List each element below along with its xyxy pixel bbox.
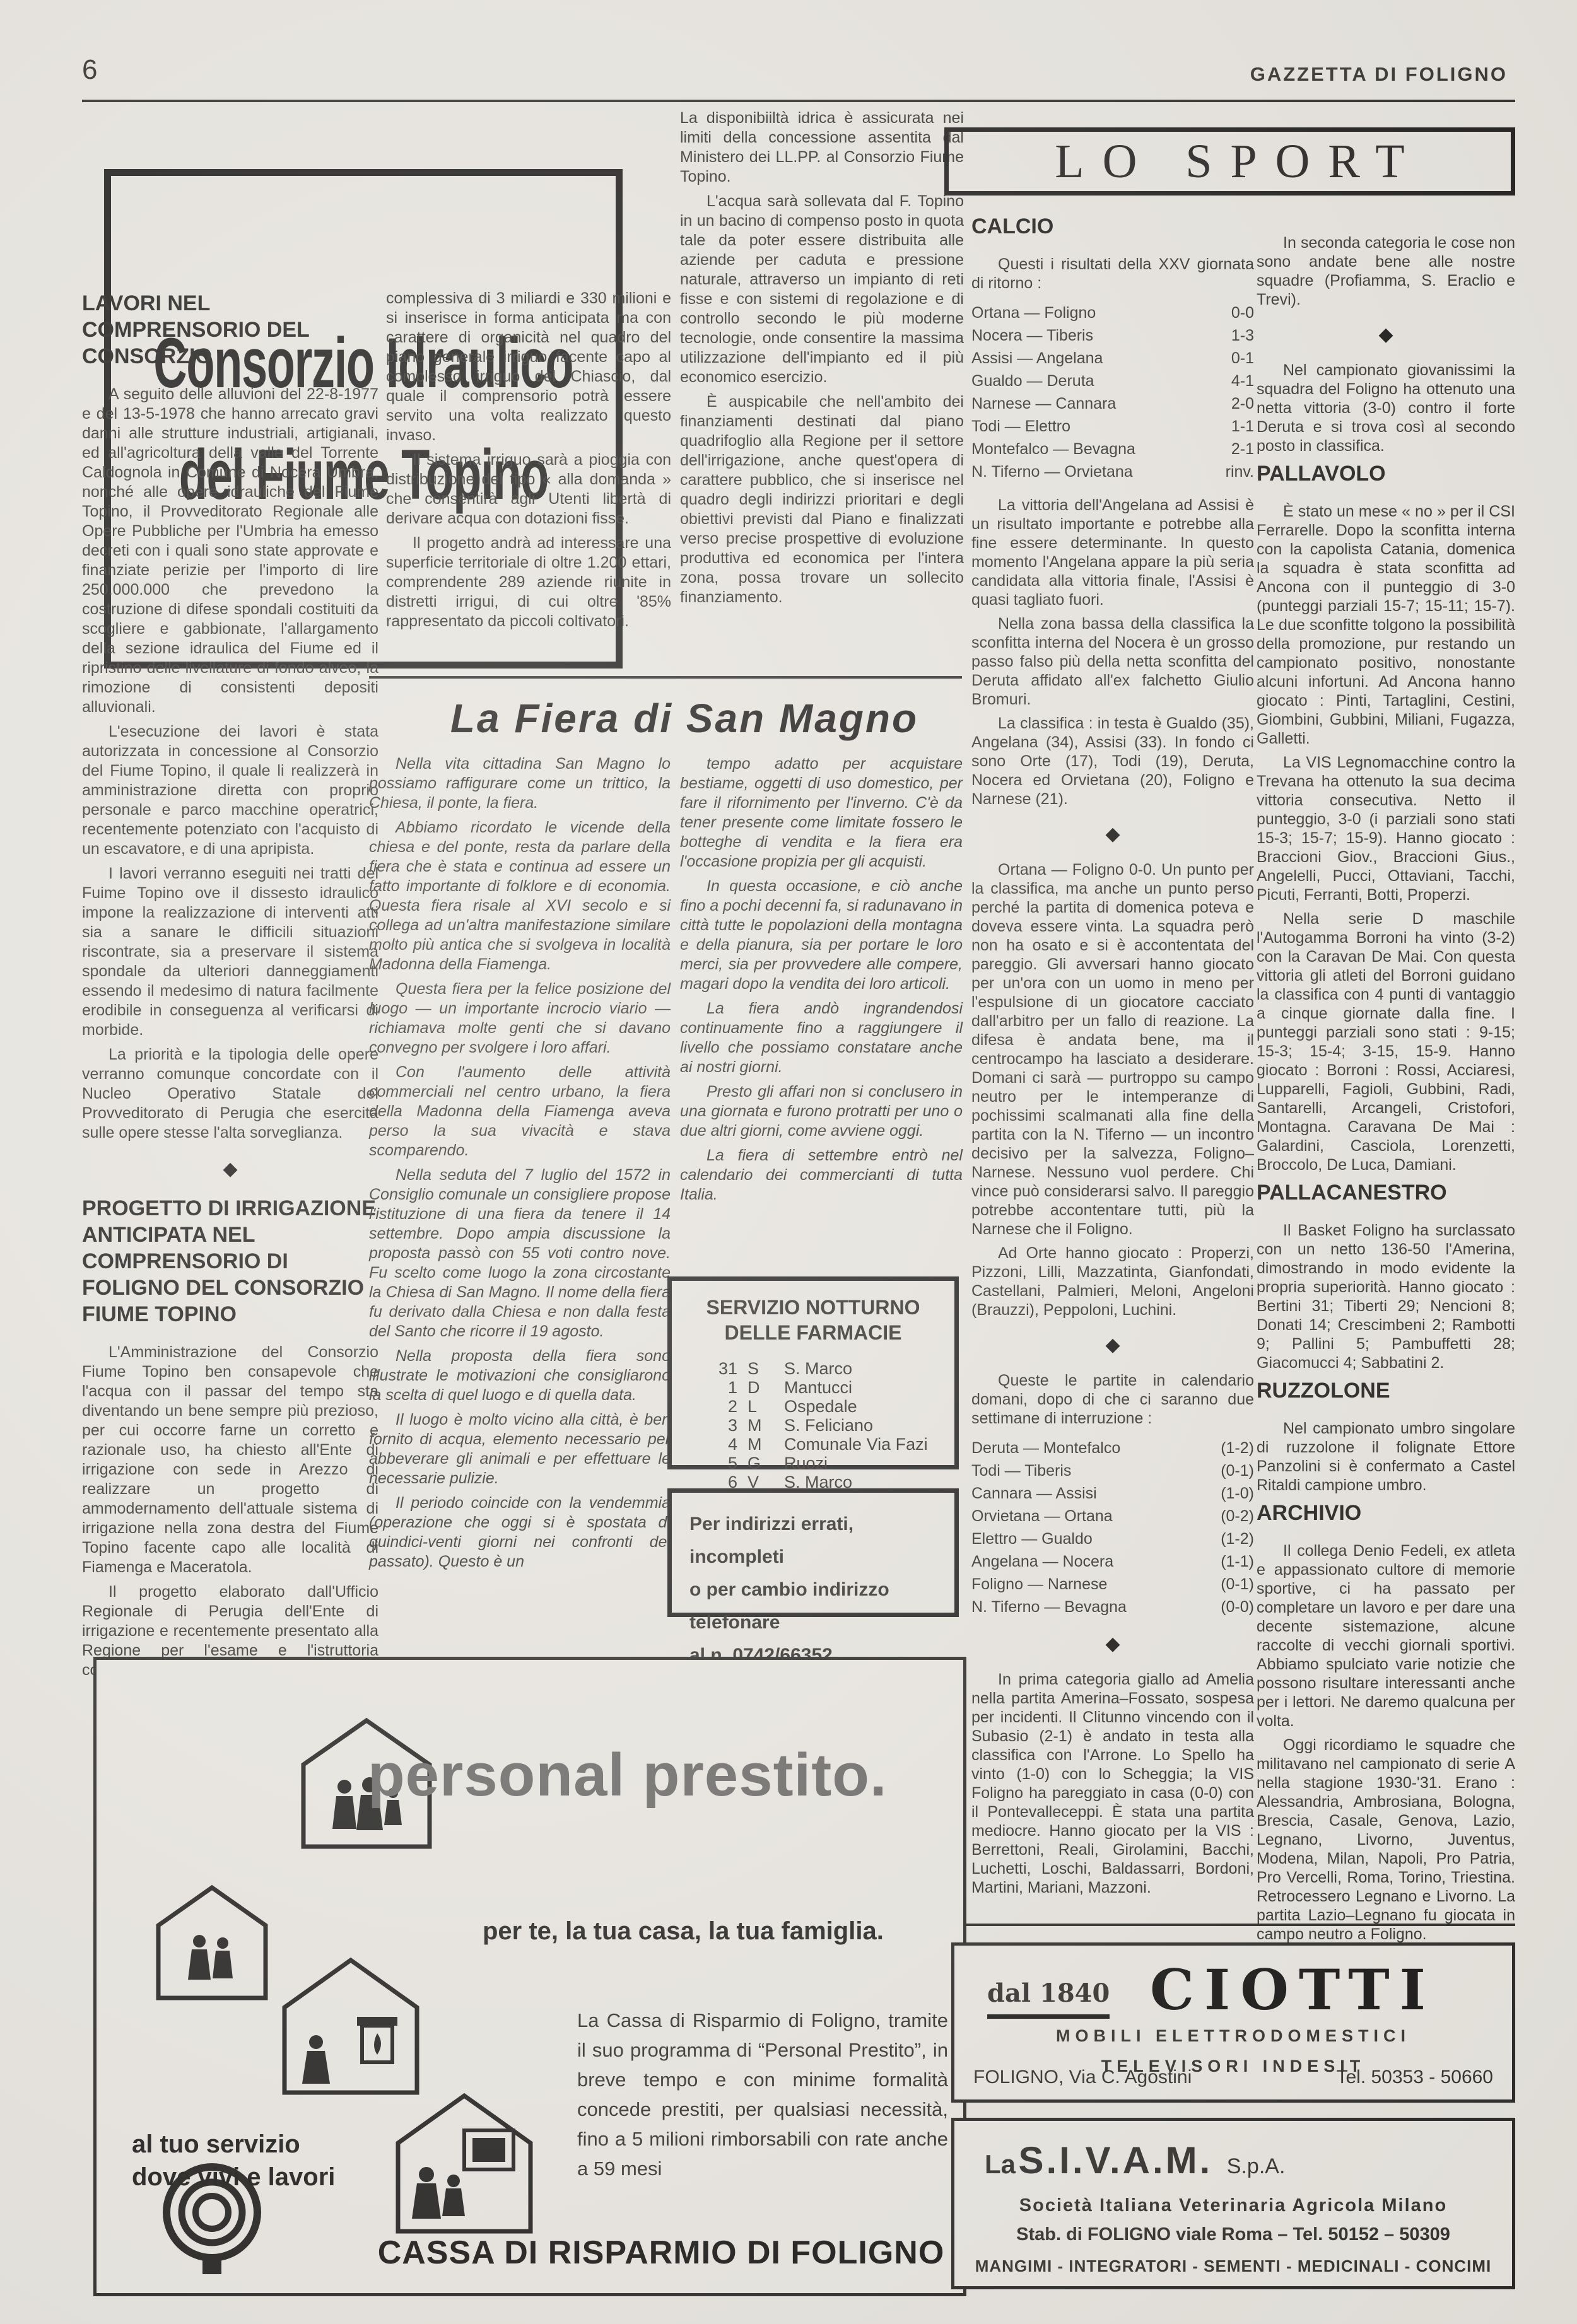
result-match: Todi — Elettro — [971, 415, 1070, 438]
calendar-row: Foligno — Narnese (0-1) — [971, 1573, 1254, 1596]
fiera-top-rule — [369, 676, 962, 679]
result-score: 4-1 — [1231, 370, 1254, 392]
farmacie-row: 1 D Mantucci — [707, 1378, 954, 1397]
calendar-match: Todi — Tiberis — [971, 1459, 1071, 1482]
paragraph: Nel campionato umbro singolare di ruzzol… — [1257, 1419, 1515, 1495]
sport-col-2: In seconda categoria le cose non sono an… — [1257, 233, 1515, 1949]
article-col-2: complessiva di 3 miliardi e 330 milioni … — [386, 289, 671, 636]
paragraph: La VIS Legnomacchine contro la Trevana h… — [1257, 753, 1515, 904]
pallavolo-heading: PALLAVOLO — [1257, 460, 1515, 487]
header-rule — [82, 100, 1515, 102]
paragraph: Presto gli affari non si conclusero in u… — [680, 1082, 963, 1141]
paragraph: È auspicabile che nell'ambito dei finanz… — [680, 392, 964, 607]
calendar-row: Orvietana — Ortana (0-2) — [971, 1505, 1254, 1527]
giovanissimi-paragraphs: Nel campionato giovanissimi la squadra d… — [1257, 361, 1515, 455]
paragraph: In questa occasione, e ciò anche fino a … — [680, 877, 963, 994]
paragraph: Questa fiera per la felice posizione del… — [369, 979, 671, 1058]
ciotti-phone: Tel. 50353 - 50660 — [1336, 2067, 1493, 2088]
result-score: 1-1 — [1231, 415, 1254, 438]
farmacie-name: Ospedale — [784, 1397, 954, 1416]
diamond-separator-icon: ◆ — [82, 1159, 378, 1179]
fiera-col-b: tempo adatto per acquistare bestiame, og… — [680, 754, 963, 1210]
cassa-ad: personal prestito. per te, la tua casa, … — [93, 1657, 966, 2296]
sivam-name: S.I.V.A.M. — [1018, 2139, 1212, 2181]
result-match: Ortana — Foligno — [971, 301, 1096, 324]
result-match: Nocera — Tiberis — [971, 324, 1093, 347]
farmacie-weekday-letter: M — [747, 1416, 784, 1435]
farmacie-row: 2 L Ospedale — [707, 1397, 954, 1416]
paragraph: Nella zona bassa della classifica la sco… — [971, 614, 1254, 709]
result-row: N. Tiferno — Orvietana rinv. — [971, 460, 1254, 483]
calendar-row: N. Tiferno — Bevagna (0-0) — [971, 1596, 1254, 1618]
paragraph: Il Basket Foligno ha surclassato con un … — [1257, 1221, 1515, 1372]
col2-paragraphs: complessiva di 3 miliardi e 330 milioni … — [386, 289, 671, 631]
ad-service-text: al tuo servizio dove vivi e lavori — [132, 2128, 335, 2193]
sivam-plant-line: Stab. di FOLIGNO viale Roma – Tel. 50152… — [954, 2224, 1512, 2245]
paragraph: L'esecuzione dei lavori è stata autorizz… — [82, 722, 378, 859]
ciotti-ad: dal 1840 CIOTTI MOBILI ELETTRODOMESTICI … — [951, 1942, 1515, 2103]
calendar-row: Angelana — Nocera (1-1) — [971, 1550, 1254, 1573]
ciotti-name: CIOTTI — [1150, 1957, 1436, 2023]
calendar-match: Deruta — Montefalco — [971, 1437, 1120, 1459]
sivam-name-row: La S.I.V.A.M. S.p.A. — [985, 2139, 1285, 2182]
farmacie-row: 5 G Ruozi — [707, 1454, 954, 1473]
paragraph: Il progetto andrà ad interessare una sup… — [386, 534, 671, 631]
calendar-match: Foligno — Narnese — [971, 1573, 1107, 1596]
result-row: Montefalco — Bevagna 2-1 — [971, 438, 1254, 460]
calendar-score: (1-2) — [1221, 1437, 1254, 1459]
farmacie-day: 1 — [707, 1378, 747, 1397]
result-row: Assisi — Angelana 0-1 — [971, 347, 1254, 370]
farmacie-name: Mantucci — [784, 1378, 954, 1397]
ad-tagline: per te, la tua casa, la tua famiglia. — [483, 1917, 884, 1946]
paragraph: A seguito delle alluvioni del 22-8-1977 … — [82, 385, 378, 717]
result-score: 1-3 — [1231, 324, 1254, 347]
farmacie-rows: 31 S S. Marco 1 D Mantucci 2 L Ospedale — [672, 1359, 954, 1492]
sport-section-title: LO SPORT — [1055, 134, 1422, 189]
calendar-match: Angelana — Nocera — [971, 1550, 1113, 1573]
paragraph: Nel campionato giovanissimi la squadra d… — [1257, 361, 1515, 455]
paragraph: È stato un mese « no » per il CSI Ferrar… — [1257, 502, 1515, 748]
calendar-intro: Queste le partite in calendario domani, … — [971, 1371, 1254, 1428]
calendar-score: (1-1) — [1221, 1550, 1254, 1573]
diamond-separator-icon: ◆ — [971, 1336, 1254, 1355]
paragraph: complessiva di 3 miliardi e 330 milioni … — [386, 289, 671, 445]
sport-col-1: CALCIO Questi i risultati della XXV gior… — [971, 213, 1254, 1902]
ciotti-address: FOLIGNO, Via C. Agostini — [973, 2067, 1192, 2088]
paragraph: Nella vita cittadina San Magno lo possia… — [369, 754, 671, 813]
paragraph: Nella proposta della fiera sono illustra… — [369, 1346, 671, 1405]
article-col-3: La disponibiiltà idrica è assicurata nei… — [680, 108, 964, 612]
farmacie-name: Comunale Via Fazi — [784, 1435, 954, 1454]
paragraph: La fiera di settembre entrò nel calendar… — [680, 1146, 963, 1205]
paragraph: In seconda categoria le cose non sono an… — [1257, 233, 1515, 309]
result-score: 2-1 — [1231, 438, 1254, 460]
result-row: Narnese — Cannara 2-0 — [971, 392, 1254, 415]
lavori-paragraphs: A seguito delle alluvioni del 22-8-1977 … — [82, 385, 378, 1143]
progetto-heading: PROGETTO DI IRRIGAZIONE ANTICIPATA NEL C… — [82, 1195, 378, 1328]
calendar-row: Elettro — Gualdo (1-2) — [971, 1527, 1254, 1550]
page-number: 6 — [82, 54, 97, 86]
newspaper-page: 6 GAZZETTA DI FOLIGNO Consorzio Idraulic… — [0, 0, 1577, 2324]
result-score: rinv. — [1226, 460, 1254, 483]
calendar-score: (0-1) — [1221, 1573, 1254, 1596]
calendar-score: (0-2) — [1221, 1505, 1254, 1527]
calendar-score: (1-0) — [1221, 1482, 1254, 1505]
diamond-separator-icon: ◆ — [971, 1635, 1254, 1654]
farmacie-day: 2 — [707, 1397, 747, 1416]
ortana-paragraphs: Ortana — Foligno 0-0. Un punto per la cl… — [971, 860, 1254, 1319]
sivam-ad: La S.I.V.A.M. S.p.A. Società Italiana Ve… — [951, 2118, 1515, 2289]
calcio-paragraphs: La vittoria dell'Angelana ad Assisi è un… — [971, 496, 1254, 809]
sivam-products-line: MANGIMI - INTEGRATORI - SEMENTI - MEDICI… — [954, 2257, 1512, 2276]
ad-service-line2: dove vivi e lavori — [132, 2161, 335, 2193]
farmacie-day: 31 — [707, 1359, 747, 1378]
result-score: 2-0 — [1231, 392, 1254, 415]
paragraph: Il sistema irriguo sarà a pioggia con di… — [386, 450, 671, 528]
farmacie-weekday-letter: M — [747, 1435, 784, 1454]
ad-body: La Cassa di Risparmio di Foligno, tramit… — [577, 2006, 948, 2183]
fiera-colA-paragraphs: Nella vita cittadina San Magno lo possia… — [369, 754, 671, 1572]
paragraph: L'acqua sarà sollevata dal F. Topino in … — [680, 192, 964, 387]
calendar-score: (0-0) — [1221, 1596, 1254, 1618]
lavori-heading: LAVORI NEL COMPRENSORIO DEL CONSORZIO — [82, 290, 378, 370]
calendar-row: Todi — Tiberis (0-1) — [971, 1459, 1254, 1482]
result-row: Nocera — Tiberis 1-3 — [971, 324, 1254, 347]
farmacie-day: 5 — [707, 1454, 747, 1473]
calendar-match: N. Tiferno — Bevagna — [971, 1596, 1127, 1618]
sport-bottom-rule — [951, 1924, 1515, 1926]
result-match: Narnese — Cannara — [971, 392, 1116, 415]
sport-section-box: LO SPORT — [944, 127, 1515, 196]
paragraph: Il periodo coincide con la vendemmia (op… — [369, 1493, 671, 1572]
result-match: Montefalco — Bevagna — [971, 438, 1135, 460]
farmacie-title: SERVIZIO NOTTURNO DELLE FARMACIE — [691, 1295, 935, 1345]
farmacie-weekday-letter: S — [747, 1359, 784, 1378]
diamond-separator-icon: ◆ — [1257, 325, 1515, 344]
sivam-company-line: Società Italiana Veterinaria Agricola Mi… — [954, 2195, 1512, 2216]
ruzzolone-heading: RUZZOLONE — [1257, 1377, 1515, 1404]
pallacanestro-paragraphs: Il Basket Foligno ha surclassato con un … — [1257, 1221, 1515, 1372]
ruzzolone-paragraphs: Nel campionato umbro singolare di ruzzol… — [1257, 1419, 1515, 1495]
recapiti-line2: o per cambio indirizzo telefonare — [689, 1574, 937, 1639]
prima-categoria-paragraphs: In prima categoria giallo ad Amelia nell… — [971, 1670, 1254, 1897]
farmacie-box: SERVIZIO NOTTURNO DELLE FARMACIE 31 S S.… — [667, 1276, 959, 1469]
calendar-match: Cannara — Assisi — [971, 1482, 1097, 1505]
ad-title: personal prestito. — [368, 1741, 888, 1810]
address-correction-box: Per indirizzi errati, incompleti o per c… — [667, 1488, 959, 1617]
farmacie-day: 4 — [707, 1435, 747, 1454]
calendar-match: Orvietana — Ortana — [971, 1505, 1113, 1527]
paragraph: La classifica : in testa è Gualdo (35), … — [971, 714, 1254, 809]
calendar-score: (1-2) — [1221, 1527, 1254, 1550]
calcio-intro: Questi i risultati della XXV giornata di… — [971, 255, 1254, 293]
fiera-col-a: Nella vita cittadina San Magno lo possia… — [369, 754, 671, 1577]
ciotti-since: dal 1840 — [987, 1978, 1110, 2019]
result-match: Assisi — Angelana — [971, 347, 1103, 370]
archivio-heading: ARCHIVIO — [1257, 1500, 1515, 1526]
paragraph: La disponibiiltà idrica è assicurata nei… — [680, 108, 964, 187]
fiera-colB-paragraphs: tempo adatto per acquistare bestiame, og… — [680, 754, 963, 1205]
article-col-lavori: LAVORI NEL COMPRENSORIO DEL CONSORZIO A … — [82, 290, 378, 1685]
farmacie-weekday-letter: L — [747, 1397, 784, 1416]
ad-service-line1: al tuo servizio — [132, 2128, 335, 2161]
progetto-paragraphs: L'Amministrazione del Consorzio Fiume To… — [82, 1343, 378, 1680]
paragraph: L'Amministrazione del Consorzio Fiume To… — [82, 1343, 378, 1577]
ad-advertiser-name: CASSA DI RISPARMIO DI FOLIGNO — [368, 2234, 954, 2272]
result-match: N. Tiferno — Orvietana — [971, 460, 1133, 483]
paragraph: Abbiamo ricordato le vicende della chies… — [369, 818, 671, 974]
calendar-list: Deruta — Montefalco (1-2) Todi — Tiberis… — [971, 1437, 1254, 1618]
paragraph: Oggi ricordiamo le squadre che militavan… — [1257, 1736, 1515, 1944]
seconda-paragraphs: In seconda categoria le cose non sono an… — [1257, 233, 1515, 309]
paragraph: Nella serie D maschile l'Autogamma Borro… — [1257, 909, 1515, 1174]
fiera-title: La Fiera di San Magno — [404, 695, 965, 742]
result-match: Gualdo — Deruta — [971, 370, 1094, 392]
farmacie-weekday-letter: D — [747, 1378, 784, 1397]
farmacie-name: S. Marco — [784, 1359, 954, 1378]
paragraph: Nella seduta del 7 luglio del 1572 in Co… — [369, 1165, 671, 1341]
farmacie-row: 31 S S. Marco — [707, 1359, 954, 1378]
result-row: Todi — Elettro 1-1 — [971, 415, 1254, 438]
paragraph: Il collega Denio Fedeli, ex atleta e app… — [1257, 1541, 1515, 1731]
result-row: Ortana — Foligno 0-0 — [971, 301, 1254, 324]
farmacie-weekday-letter: G — [747, 1454, 784, 1473]
col3-paragraphs: La disponibiiltà idrica è assicurata nei… — [680, 108, 964, 607]
paragraph: Ortana — Foligno 0-0. Un punto per la cl… — [971, 860, 1254, 1239]
result-score: 0-1 — [1231, 347, 1254, 370]
sivam-prefix: La — [985, 2149, 1016, 2179]
paragraph: In prima categoria giallo ad Amelia nell… — [971, 1670, 1254, 1897]
sivam-suffix: S.p.A. — [1227, 2154, 1286, 2178]
calendar-row: Cannara — Assisi (1-0) — [971, 1482, 1254, 1505]
calcio-heading: CALCIO — [971, 213, 1254, 240]
paragraph: tempo adatto per acquistare bestiame, og… — [680, 754, 963, 872]
farmacie-day: 3 — [707, 1416, 747, 1435]
paragraph: I lavori verranno eseguiti nei tratti de… — [82, 864, 378, 1040]
paragraph: La vittoria dell'Angelana ad Assisi è un… — [971, 496, 1254, 609]
paragraph: Con l'aumento delle attività commerciali… — [369, 1063, 671, 1160]
paragraph: La fiera andò ingrandendosi continuament… — [680, 999, 963, 1077]
calendar-match: Elettro — Gualdo — [971, 1527, 1093, 1550]
pallacanestro-heading: PALLACANESTRO — [1257, 1179, 1515, 1206]
calendar-score: (0-1) — [1221, 1459, 1254, 1482]
result-row: Gualdo — Deruta 4-1 — [971, 370, 1254, 392]
masthead: GAZZETTA DI FOLIGNO — [1250, 63, 1508, 86]
diamond-separator-icon: ◆ — [971, 825, 1254, 844]
ciotti-products-line1: MOBILI ELETTRODOMESTICI — [954, 2026, 1512, 2046]
pallavolo-paragraphs: È stato un mese « no » per il CSI Ferrar… — [1257, 502, 1515, 1174]
result-score: 0-0 — [1231, 301, 1254, 324]
farmacie-row: 3 M S. Feliciano — [707, 1416, 954, 1435]
paragraph: La priorità e la tipologia delle opere v… — [82, 1045, 378, 1143]
archivio-paragraphs: Il collega Denio Fedeli, ex atleta e app… — [1257, 1541, 1515, 1944]
calendar-row: Deruta — Montefalco (1-2) — [971, 1437, 1254, 1459]
calcio-results: Ortana — Foligno 0-0 Nocera — Tiberis 1-… — [971, 301, 1254, 483]
paragraph: Ad Orte hanno giocato : Properzi, Pizzon… — [971, 1244, 1254, 1319]
farmacie-name: Ruozi — [784, 1454, 954, 1473]
farmacie-name: S. Feliciano — [784, 1416, 954, 1435]
recapiti-line1: Per indirizzi errati, incompleti — [689, 1508, 937, 1574]
paragraph: Il luogo è molto vicino alla città, è be… — [369, 1410, 671, 1488]
farmacie-row: 4 M Comunale Via Fazi — [707, 1435, 954, 1454]
